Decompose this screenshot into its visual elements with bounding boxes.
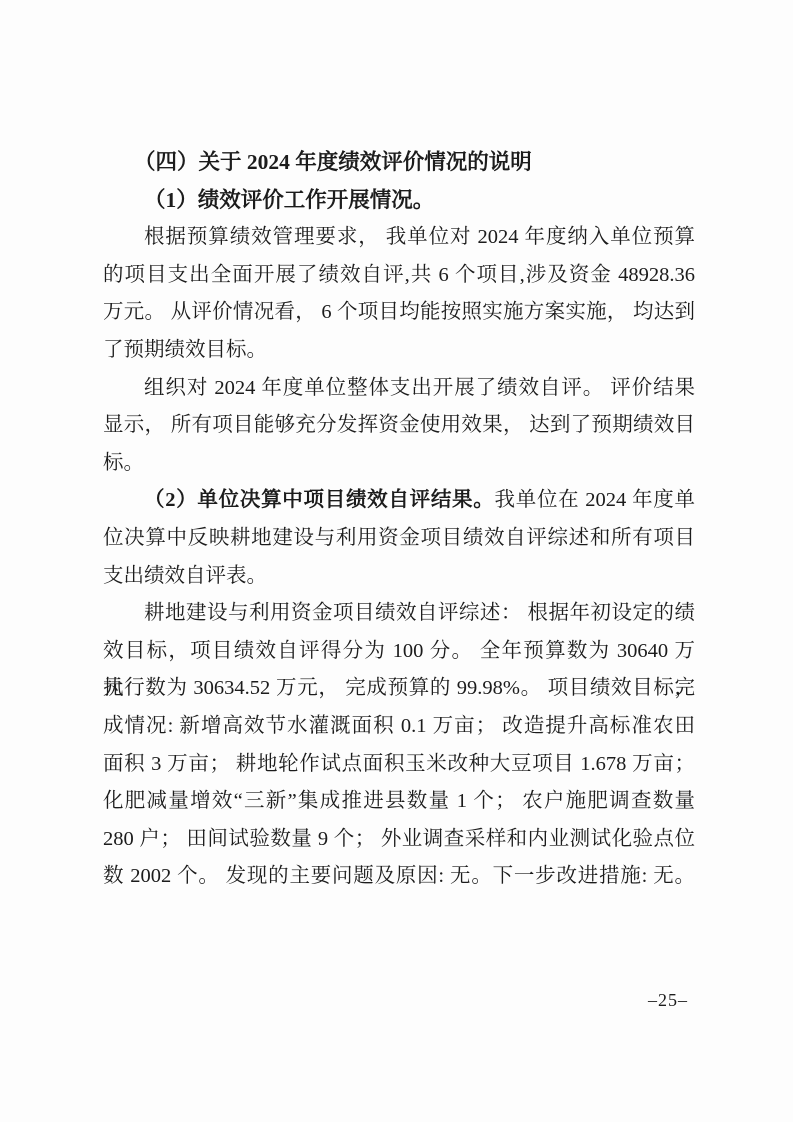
paragraph-line: 根据预算绩效管理要求， 我单位对 2024 年度纳入单位预算	[103, 219, 695, 257]
paragraph-line: 效目标，项目绩效自评得分为 100 分。 全年预算数为 30640 万元，	[103, 633, 695, 671]
paragraph-line: 执行数为 30634.52 万元， 完成预算的 99.98%。 项目绩效目标完	[103, 670, 695, 708]
paragraph-line: 的项目支出全面开展了绩效自评,共 6 个项目,涉及资金 48928.36	[103, 257, 695, 295]
paragraph-line: 280 户； 田间试验数量 9 个； 外业调查采样和内业测试化验点位	[103, 821, 695, 859]
document-page: （四）关于 2024 年度绩效评价情况的说明 （1）绩效评价工作开展情况。 根据…	[0, 0, 793, 1122]
paragraph-line: （2）单位决算中项目绩效自评结果。我单位在 2024 年度单	[103, 482, 695, 520]
paragraph-lead-rest: 我单位在 2024 年度单	[495, 489, 696, 511]
paragraph-line: 数 2002 个。 发现的主要问题及原因: 无。下一步改进措施: 无。	[103, 858, 695, 896]
section-heading: （四）关于 2024 年度绩效评价情况的说明	[103, 144, 695, 182]
page-number: –25–	[648, 990, 688, 1011]
paragraph-line: 支出绩效自评表。	[103, 558, 695, 596]
paragraph-line: 了预期绩效目标。	[103, 332, 695, 370]
paragraph-line: 耕地建设与利用资金项目绩效自评综述： 根据年初设定的绩	[103, 595, 695, 633]
page-content: （四）关于 2024 年度绩效评价情况的说明 （1）绩效评价工作开展情况。 根据…	[103, 144, 695, 896]
paragraph-line: 面积 3 万亩； 耕地轮作试点面积玉米改种大豆项目 1.678 万亩；	[103, 746, 695, 784]
paragraph-line: 位决算中反映耕地建设与利用资金项目绩效自评综述和所有项目	[103, 520, 695, 558]
paragraph-line: 标。	[103, 445, 695, 483]
paragraph-line: 组织对 2024 年度单位整体支出开展了绩效自评。 评价结果	[103, 370, 695, 408]
paragraph-lead-bold: （2）单位决算中项目绩效自评结果。	[144, 489, 495, 511]
subsection-heading: （1）绩效评价工作开展情况。	[103, 182, 695, 220]
paragraph-line: 成情况: 新增高效节水灌溉面积 0.1 万亩； 改造提升高标准农田	[103, 708, 695, 746]
paragraph-line: 化肥减量增效“三新”集成推进县数量 1 个； 农户施肥调查数量	[103, 783, 695, 821]
paragraph-line: 显示， 所有项目能够充分发挥资金使用效果， 达到了预期绩效目	[103, 407, 695, 445]
paragraph-line: 万元。 从评价情况看， 6 个项目均能按照实施方案实施， 均达到	[103, 294, 695, 332]
